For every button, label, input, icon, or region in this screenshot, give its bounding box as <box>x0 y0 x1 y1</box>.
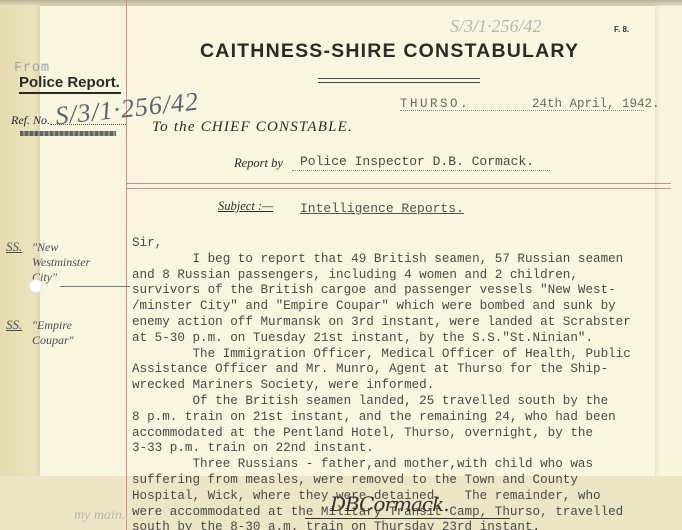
margin-note-text: "Empire Coupar" <box>32 318 88 348</box>
margin-note-pointer <box>60 286 130 287</box>
body-line: /minster City" and "Empire Coupar" which… <box>132 299 616 313</box>
body-line: survivors of the British cargoe and pass… <box>132 283 616 297</box>
form-code: F. 8. <box>614 25 629 34</box>
bleed-through-text: my main. <box>74 508 125 524</box>
body-line: The Immigration Officer, Medical Officer… <box>132 347 631 361</box>
struck-out-text <box>20 131 116 136</box>
margin-note-new-westminster-city: SS. "New Westminster City" <box>6 239 88 285</box>
report-by-value: Police Inspector D.B. Cormack. <box>300 154 534 169</box>
body-line: and 8 Russian passengers, including 4 wo… <box>132 268 578 282</box>
body-line: 8 p.m. train on 21st instant, and the re… <box>132 410 616 424</box>
margin-note-text: "New Westminster City" <box>32 240 88 285</box>
body-line: I beg to report that 49 British seamen, … <box>132 252 623 266</box>
body-line: Three Russians - father,and mother,with … <box>132 457 593 471</box>
subject-value: Intelligence Reports. <box>300 201 464 216</box>
body-line: Of the British seamen landed, 25 travell… <box>132 394 608 408</box>
margin-note-empire-coupar: SS. "Empire Coupar" <box>6 317 88 348</box>
pencil-annotation: S/3/1·256/42 <box>450 16 542 37</box>
body-line: Assistance Officer and Mr. Munro, Agent … <box>132 362 608 376</box>
report-by-dotted-line <box>292 170 550 171</box>
body-line: accommodated at the Pentland Hotel, Thur… <box>132 426 593 440</box>
body-line: south by the 8-30 a.m. train on Thursday… <box>132 520 540 530</box>
report-by-label: Report by <box>234 156 283 171</box>
body-line: Sir, <box>132 236 162 250</box>
body-line: 3-33 p.m. train on 22nd instant. <box>132 441 374 455</box>
date: 24th April, 1942. <box>532 97 660 111</box>
signature: DBCormack. <box>330 492 449 516</box>
punch-hole <box>29 279 43 293</box>
masthead: CAITHNESS-SHIRE CONSTABULARY <box>200 40 579 63</box>
ref-label: Ref. No. <box>11 113 50 128</box>
addressee: To the CHIEF CONSTABLE. <box>152 119 353 136</box>
masthead-rule <box>318 78 480 83</box>
body-line: suffering from measles, were removed to … <box>132 473 578 487</box>
body-line: wrecked Mariners Society, were informed. <box>132 378 434 392</box>
body-line: enemy action off Murmansk on 3rd instant… <box>132 315 631 329</box>
margin-rule <box>126 0 127 530</box>
form-title: Police Report. <box>19 74 121 94</box>
report-body: Sir, I beg to report that 49 British sea… <box>132 236 677 530</box>
signature-line <box>305 518 510 519</box>
place: THURSO. <box>400 97 470 111</box>
header-divider <box>126 183 671 189</box>
body-line: at 5-30 p.m. on Tuesday 21st instant, by… <box>132 331 593 345</box>
margin-note-prefix: SS. <box>6 317 22 332</box>
margin-note-prefix: SS. <box>6 239 22 254</box>
subject-label: Subject :— <box>218 199 273 214</box>
place-dotted-line <box>400 110 644 111</box>
